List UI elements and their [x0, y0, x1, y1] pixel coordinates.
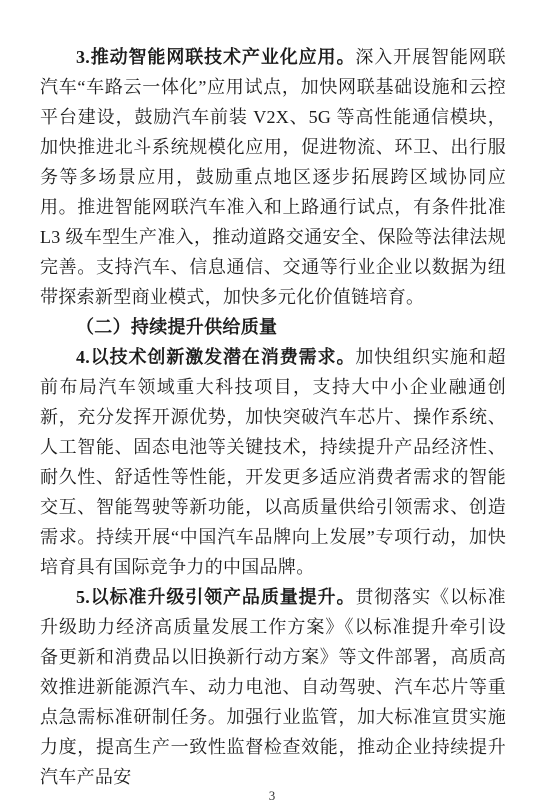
paragraph-item-3-text: 深入开展智能网联汽车“车路云一体化”应用试点，加快网联基础设施和云控平台建设，鼓… — [40, 47, 506, 307]
document-body: 3.推动智能网联技术产业化应用。深入开展智能网联汽车“车路云一体化”应用试点，加… — [40, 42, 506, 792]
page-number: 3 — [0, 788, 544, 804]
paragraph-item-5-text: 贯彻落实《以标准升级助力经济高质量发展工作方案》《以标准提升牵引设备更新和消费品… — [40, 587, 506, 787]
paragraph-item-4-text: 加快组织实施和超前布局汽车领域重大科技项目，支持大中小企业融通创新，充分发挥开源… — [40, 347, 506, 577]
document-page: 3.推动智能网联技术产业化应用。深入开展智能网联汽车“车路云一体化”应用试点，加… — [0, 0, 544, 811]
paragraph-item-3: 3.推动智能网联技术产业化应用。深入开展智能网联汽车“车路云一体化”应用试点，加… — [40, 42, 506, 312]
paragraph-item-3-lead: 3.推动智能网联技术产业化应用。 — [76, 47, 355, 67]
paragraph-item-5: 5.以标准升级引领产品质量提升。贯彻落实《以标准升级助力经济高质量发展工作方案》… — [40, 582, 506, 792]
section-heading-2: （二）持续提升供给质量 — [40, 312, 506, 342]
paragraph-item-4-lead: 4.以技术创新激发潜在消费需求。 — [76, 347, 355, 367]
paragraph-item-5-lead: 5.以标准升级引领产品质量提升。 — [76, 587, 355, 607]
paragraph-item-4: 4.以技术创新激发潜在消费需求。加快组织实施和超前布局汽车领域重大科技项目，支持… — [40, 342, 506, 582]
